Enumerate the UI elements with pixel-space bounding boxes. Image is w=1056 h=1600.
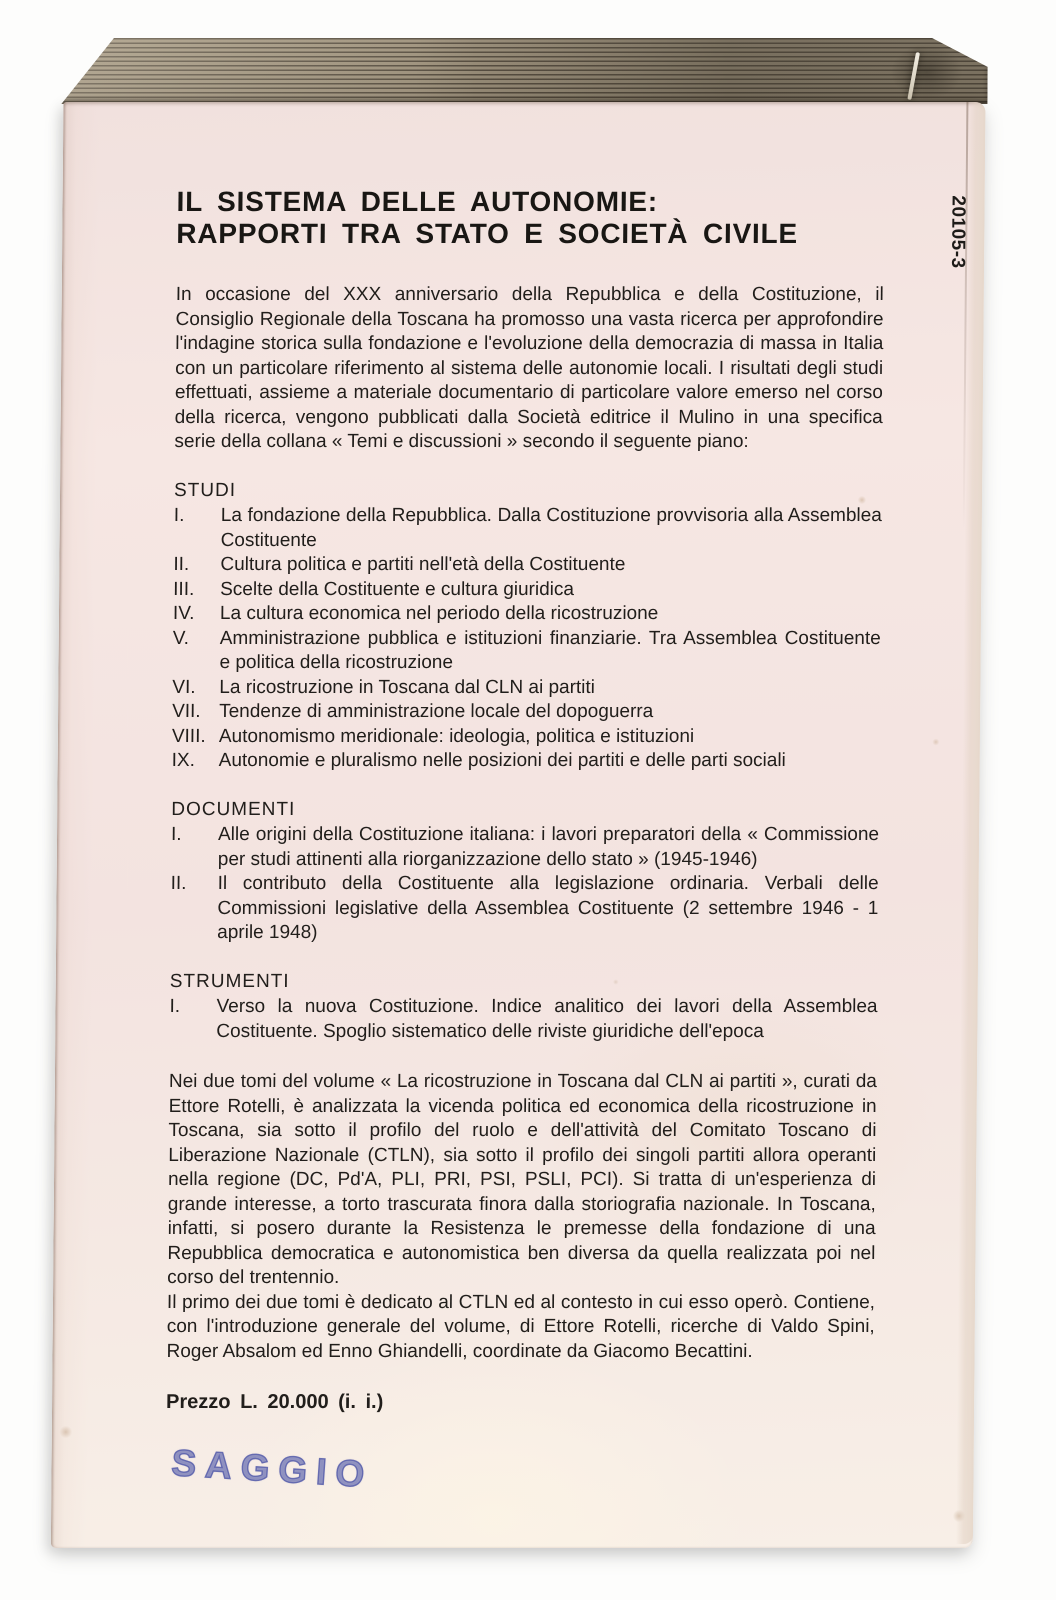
list-item-numeral: V. bbox=[172, 627, 219, 676]
list-item-numeral: VIII. bbox=[172, 725, 219, 750]
list-item-numeral: II. bbox=[170, 872, 218, 946]
closing-paragraph: Il primo dei due tomi è dedicato al CTLN… bbox=[166, 1291, 875, 1365]
cover-surface: 20105-3 IL SISTEMA DELLE AUTONOMIE: RAPP… bbox=[51, 102, 986, 1548]
section-heading: STUDI bbox=[174, 479, 882, 504]
section-heading: STRUMENTI bbox=[170, 970, 878, 995]
list-item: I. La fondazione della Repubblica. Dalla… bbox=[174, 504, 882, 553]
list-item-numeral: I. bbox=[174, 504, 221, 553]
section-strumenti: STRUMENTI I. Verso la nuova Costituzione… bbox=[169, 970, 878, 1045]
list-item-numeral: I. bbox=[171, 823, 218, 872]
list-item-numeral: IV. bbox=[173, 602, 220, 627]
page-edge-dent bbox=[887, 42, 966, 102]
list-item: VIII. Autonomismo meridionale: ideologia… bbox=[172, 725, 880, 750]
list-item-numeral: II. bbox=[173, 553, 220, 578]
list-item-text: Autonomismo meridionale: ideologia, poli… bbox=[219, 725, 880, 750]
book-top-page-edges bbox=[61, 38, 988, 104]
list-item: I. Verso la nuova Costituzione. Indice a… bbox=[169, 995, 877, 1044]
list-item-text: Tendenze di amministrazione locale del d… bbox=[219, 700, 880, 725]
list-item-text: Cultura politica e partiti nell'età dell… bbox=[220, 553, 881, 578]
list-item-text: Amministrazione pubblica e istituzioni f… bbox=[219, 627, 880, 676]
cover-text-column: IL SISTEMA DELLE AUTONOMIE: RAPPORTI TRA… bbox=[165, 102, 885, 1482]
section-documenti: DOCUMENTI I. Alle origini della Costituz… bbox=[170, 798, 879, 946]
list-item-numeral: I. bbox=[169, 995, 216, 1044]
list-item: II. Il contributo della Costituente alla… bbox=[170, 872, 879, 946]
list-item-numeral: VII. bbox=[172, 700, 219, 725]
list-item-text: Verso la nuova Costituzione. Indice anal… bbox=[216, 995, 877, 1044]
section-studi: STUDI I. La fondazione della Repubblica.… bbox=[172, 479, 883, 774]
book-title: IL SISTEMA DELLE AUTONOMIE: RAPPORTI TRA… bbox=[176, 186, 885, 249]
book-back-cover: 20105-3 IL SISTEMA DELLE AUTONOMIE: RAPP… bbox=[49, 38, 988, 1550]
list-item: IX. Autonomie e pluralismo nelle posizio… bbox=[172, 749, 880, 774]
list-item: VI. La ricostruzione in Toscana dal CLN … bbox=[172, 676, 880, 701]
saggio-ink-stamp: SAGGIO bbox=[171, 1451, 374, 1488]
list-item-numeral: VI. bbox=[172, 676, 219, 701]
book-title-line1: IL SISTEMA DELLE AUTONOMIE: bbox=[176, 186, 658, 217]
list-item-numeral: III. bbox=[173, 578, 220, 603]
list-item: IV. La cultura economica nel periodo del… bbox=[173, 602, 881, 627]
list-item-text: La cultura economica nel periodo della r… bbox=[220, 602, 881, 627]
book-title-line2: RAPPORTI TRA STATO E SOCIETÀ CIVILE bbox=[176, 218, 798, 249]
section-heading: DOCUMENTI bbox=[171, 798, 879, 823]
list-item: VII. Tendenze di amministrazione locale … bbox=[172, 700, 880, 725]
list-item-text: La fondazione della Repubblica. Dalla Co… bbox=[221, 504, 882, 553]
list-item-text: Il contributo della Costituente alla leg… bbox=[217, 872, 879, 946]
list-item-text: Alle origini della Costituzione italiana… bbox=[218, 823, 879, 872]
fore-edge-pages bbox=[956, 102, 986, 1544]
list-item-text: Autonomie e pluralismo nelle posizioni d… bbox=[219, 749, 880, 774]
list-item: III. Scelte della Costituente e cultura … bbox=[173, 578, 881, 603]
list-item-numeral: IX. bbox=[172, 749, 219, 774]
photo-background: 20105-3 IL SISTEMA DELLE AUTONOMIE: RAPP… bbox=[0, 0, 1056, 1600]
price-label: Prezzo L. 20.000 (i. i.) bbox=[166, 1390, 874, 1415]
list-item-text: La ricostruzione in Toscana dal CLN ai p… bbox=[219, 676, 880, 701]
list-item: II. Cultura politica e partiti nell'età … bbox=[173, 553, 881, 578]
intro-paragraph: In occasione del XXX anniversario della … bbox=[174, 283, 883, 455]
list-item-text: Scelte della Costituente e cultura giuri… bbox=[220, 578, 881, 603]
list-item: I. Alle origini della Costituzione itali… bbox=[171, 823, 879, 872]
closing-paragraph: Nei due tomi del volume « La ricostruzio… bbox=[167, 1070, 877, 1291]
catalog-number: 20105-3 bbox=[944, 182, 969, 282]
list-item: V. Amministrazione pubblica e istituzion… bbox=[172, 627, 880, 676]
